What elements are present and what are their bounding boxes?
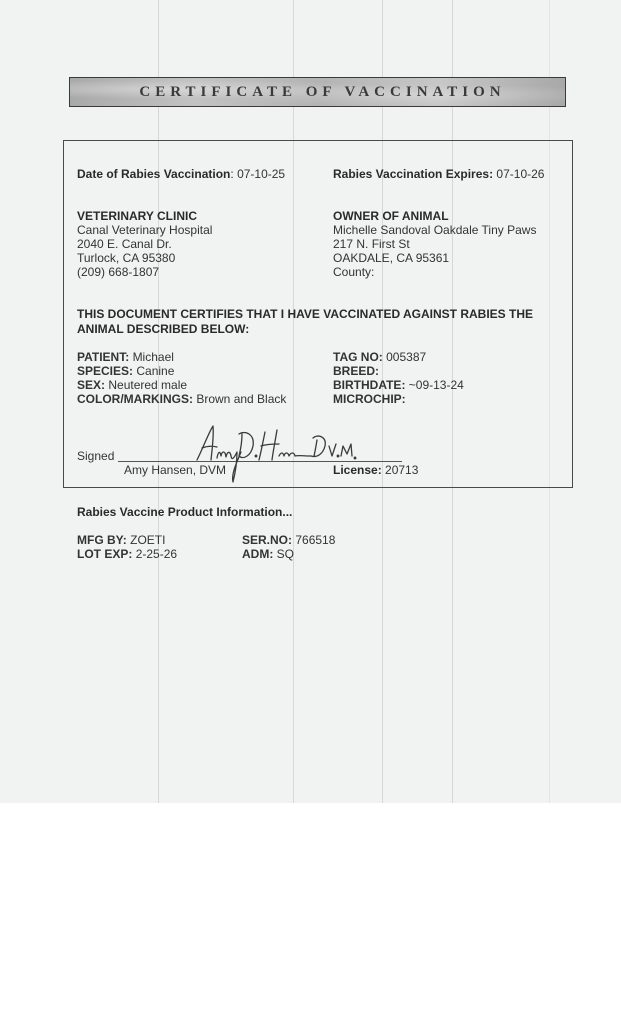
serial-field: SER.NO: 766518 [242,533,335,547]
license-field: License: 20713 [333,463,418,477]
patient-value: Michael [133,350,174,364]
lot-exp-field: LOT EXP: 2-25-26 [77,547,177,561]
license-label: License: [333,463,382,477]
tag-value: 005387 [386,350,426,364]
microchip-field: MICROCHIP: [333,392,464,406]
owner-county-label: County: [333,265,374,279]
signed-label: Signed [77,449,114,463]
adm-label: ADM: [242,547,273,561]
vaccination-expires-field: Rabies Vaccination Expires: 07-10-26 [333,167,544,181]
scanned-page: CERTIFICATE OF VACCINATION Date of Rabie… [0,0,621,803]
license-value: 20713 [385,463,418,477]
vaccination-date-field: Date of Rabies Vaccination: 07-10-25 [77,167,285,181]
owner-heading: OWNER OF ANIMAL [333,209,536,223]
birthdate-label: BIRTHDATE: [333,378,405,392]
owner-city: OAKDALE, CA 95361 [333,251,536,265]
species-field: SPECIES: Canine [77,364,286,378]
serial-value: 766518 [295,533,335,547]
birthdate-value: ~09-13-24 [409,378,464,392]
owner-address: 217 N. First St [333,237,536,251]
certificate-title-bar: CERTIFICATE OF VACCINATION [69,77,566,107]
clinic-city: Turlock, CA 95380 [77,251,212,265]
animal-details-left: PATIENT: Michael SPECIES: Canine SEX: Ne… [77,350,286,406]
breed-field: BREED: [333,364,464,378]
signer-name: Amy Hansen, DVM [124,463,226,477]
color-label: COLOR/MARKINGS: [77,392,193,406]
lot-exp-label: LOT EXP: [77,547,132,561]
birthdate-field: BIRTHDATE: ~09-13-24 [333,378,464,392]
vaccination-date-label: Date of Rabies Vaccination [77,167,230,181]
adm-field: ADM: SQ [242,547,335,561]
tag-label: TAG NO: [333,350,383,364]
serial-label: SER.NO: [242,533,292,547]
mfg-field: MFG BY: ZOETI [77,533,177,547]
adm-value: SQ [277,547,294,561]
owner-name: Michelle Sandoval Oakdale Tiny Paws [333,223,536,237]
sex-value: Neutered male [108,378,187,392]
clinic-phone: (209) 668-1807 [77,265,212,279]
owner-county: County: [333,265,536,279]
clinic-heading: VETERINARY CLINIC [77,209,212,223]
vaccination-expires-label: Rabies Vaccination Expires: [333,167,493,181]
mfg-label: MFG BY: [77,533,127,547]
vaccination-date-value: 07-10-25 [237,167,285,181]
vaccination-expires-value: 07-10-26 [496,167,544,181]
clinic-name: Canal Veterinary Hospital [77,223,212,237]
tag-field: TAG NO: 005387 [333,350,464,364]
species-label: SPECIES: [77,364,133,378]
sex-field: SEX: Neutered male [77,378,286,392]
mfg-value: ZOETI [130,533,165,547]
sex-label: SEX: [77,378,105,392]
breed-label: BREED: [333,364,379,378]
animal-details-right: TAG NO: 005387 BREED: BIRTHDATE: ~09-13-… [333,350,464,406]
clinic-block: VETERINARY CLINIC Canal Veterinary Hospi… [77,209,212,279]
product-details-left: MFG BY: ZOETI LOT EXP: 2-25-26 [77,533,177,561]
color-field: COLOR/MARKINGS: Brown and Black [77,392,286,406]
species-value: Canine [136,364,174,378]
product-info-title: Rabies Vaccine Product Information... [77,505,292,519]
certification-statement: THIS DOCUMENT CERTIFIES THAT I HAVE VACC… [77,307,557,337]
clinic-address: 2040 E. Canal Dr. [77,237,212,251]
patient-field: PATIENT: Michael [77,350,286,364]
product-details-right: SER.NO: 766518 ADM: SQ [242,533,335,561]
microchip-label: MICROCHIP: [333,392,406,406]
color-value: Brown and Black [196,392,286,406]
patient-label: PATIENT: [77,350,129,364]
owner-block: OWNER OF ANIMAL Michelle Sandoval Oakdal… [333,209,536,279]
lot-exp-value: 2-25-26 [136,547,177,561]
certificate-title: CERTIFICATE OF VACCINATION [129,84,505,101]
